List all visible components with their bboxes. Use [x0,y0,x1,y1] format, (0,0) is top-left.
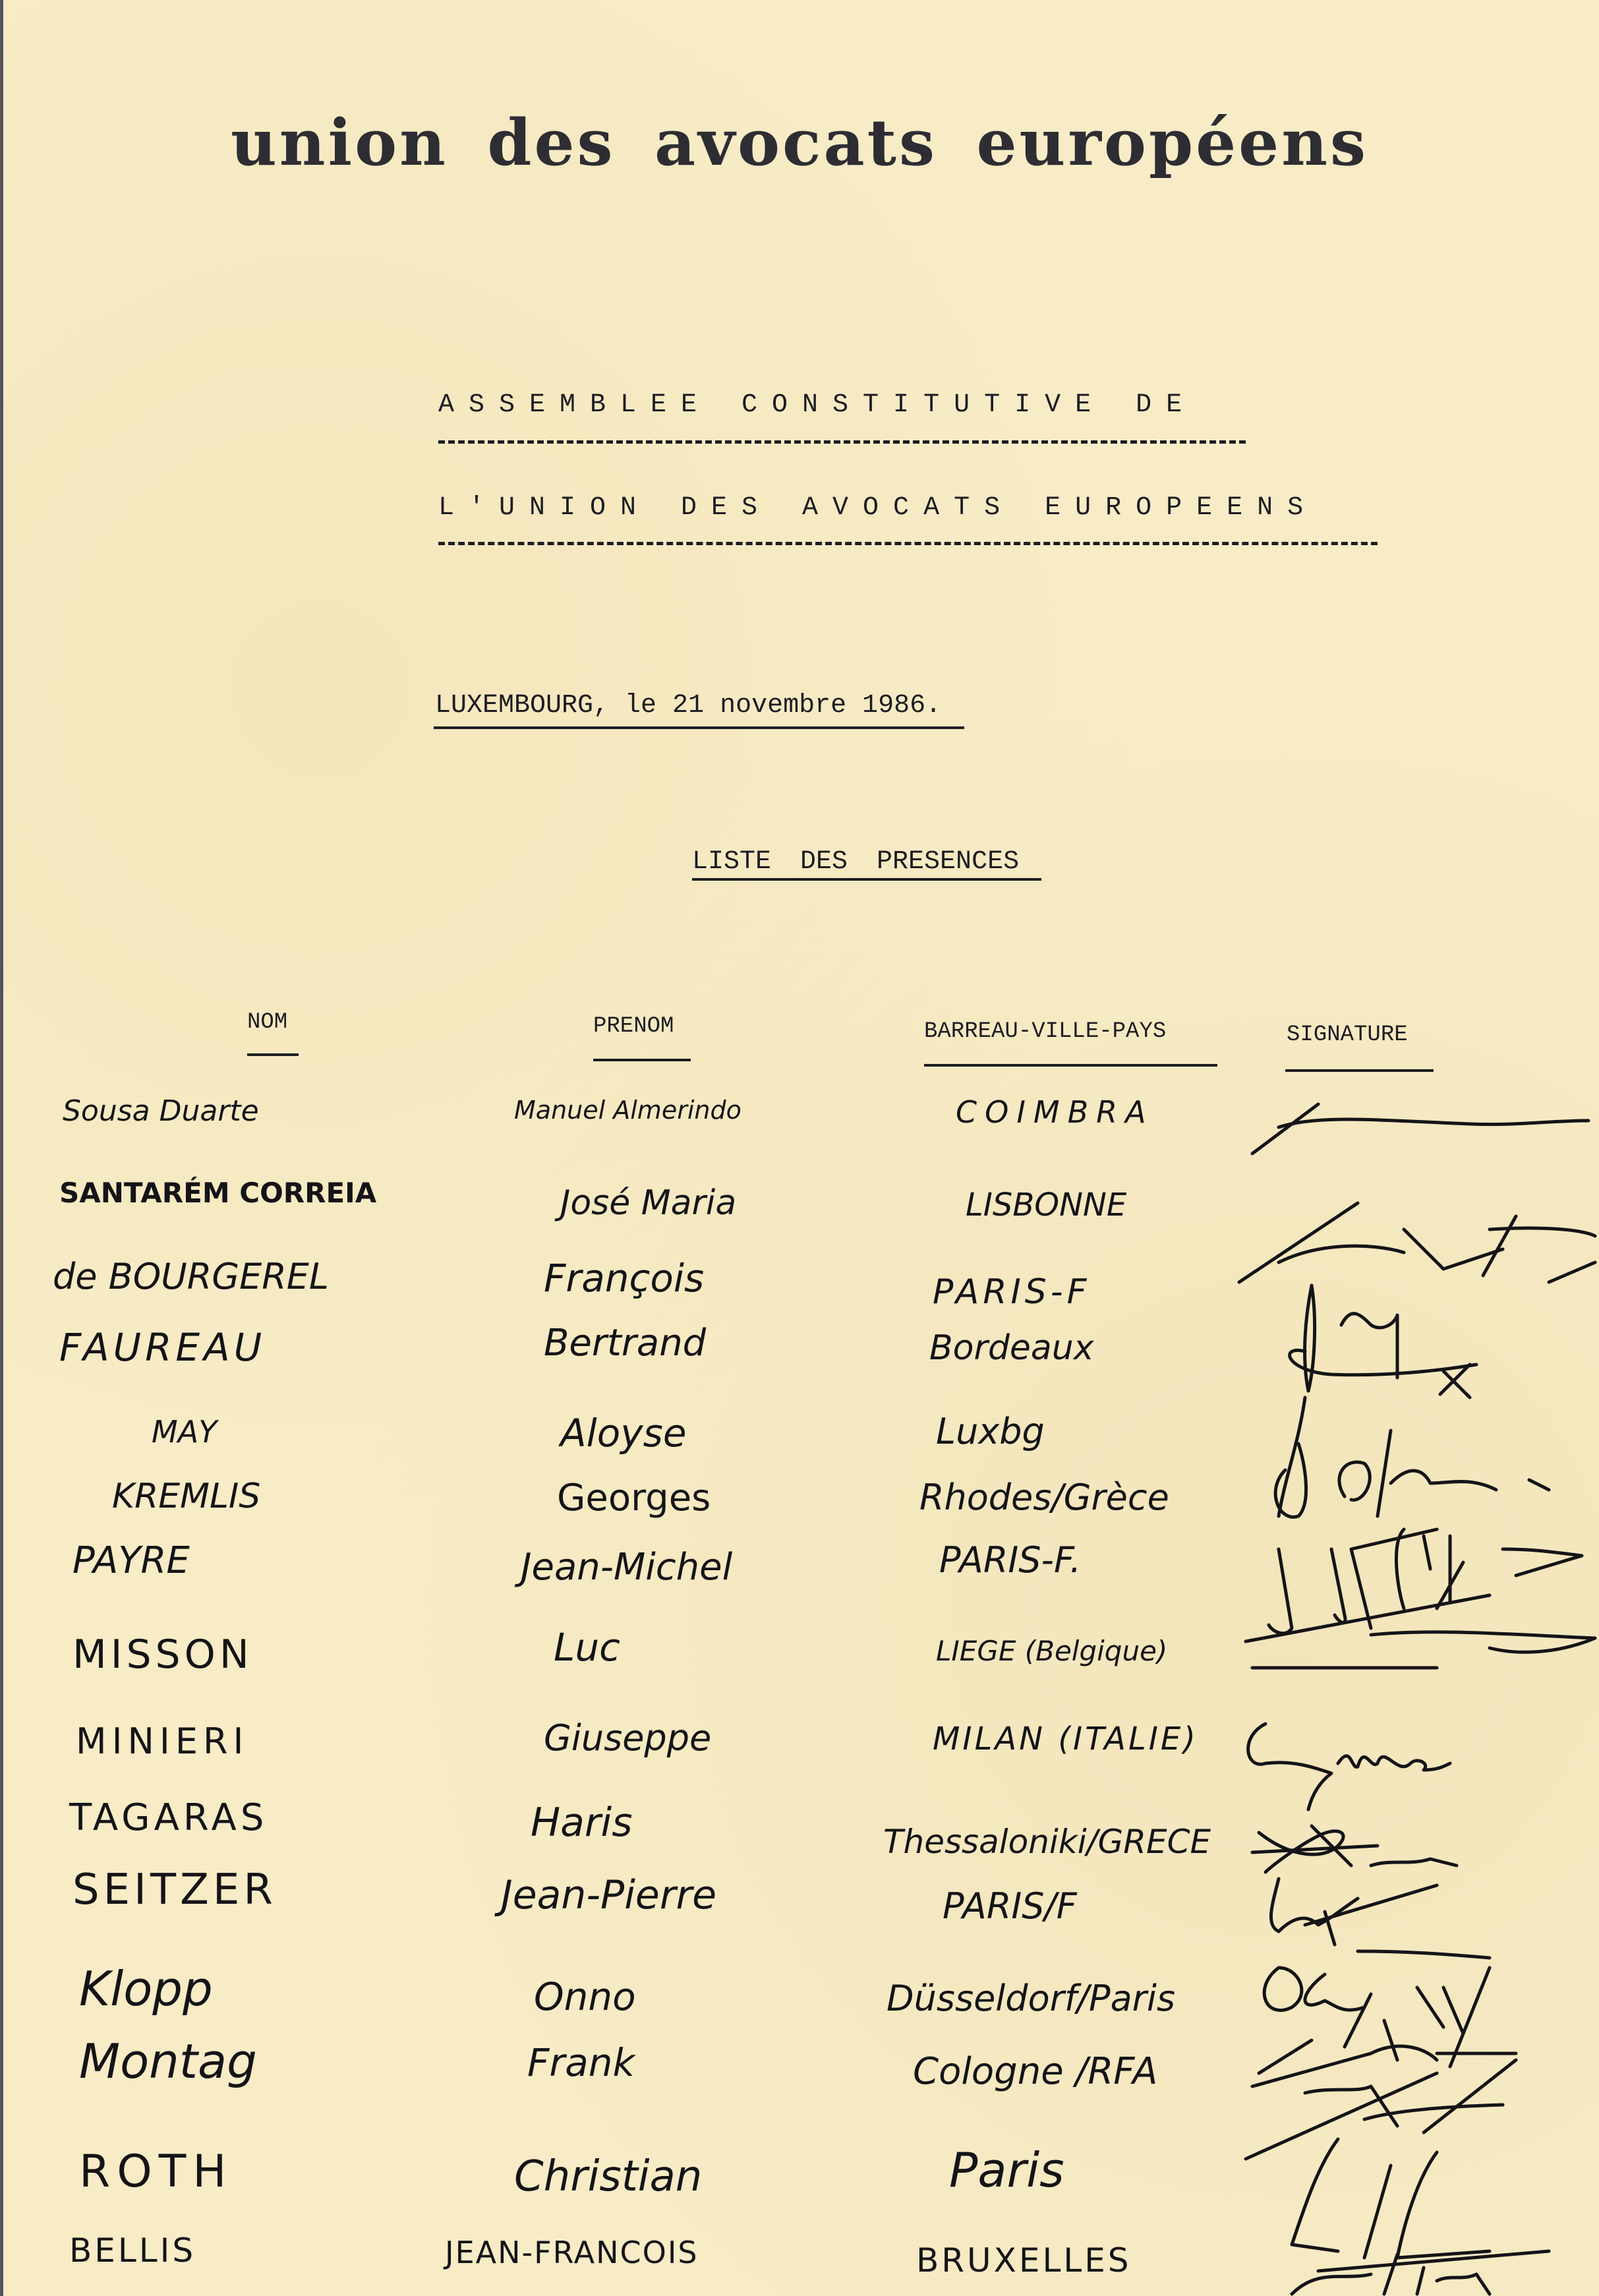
attendee-nom: MISSON [73,1632,253,1678]
signature-mark [1239,1872,1595,1964]
attendee-nom: Sousa Duarte [63,1094,259,1128]
attendee-prenom: François [544,1256,704,1301]
signature-mark [1239,1717,1595,1810]
column-header-nom-underline [247,1053,299,1056]
assembly-title-line-2: L'UNION DES AVOCATS EUROPEENS [438,493,1318,523]
organization-title: union des avocats européens [231,105,1391,180]
attendee-barreau: LIEGE (Belgique) [936,1635,1167,1667]
attendee-nom: BELLIS [69,2231,196,2270]
attendee-barreau: PARIS/F [943,1885,1077,1927]
signature-mark [1239,1190,1595,1282]
column-header-prenom-underline [593,1059,691,1061]
attendee-prenom: Luc [554,1625,620,1670]
attendee-prenom: Giuseppe [544,1717,711,1759]
attendee-barreau: PARIS-F [933,1272,1091,1312]
attendee-nom: Klopp [79,1961,213,2016]
column-header-prenom: PRENOM [593,1014,674,1039]
attendee-prenom: Georges [557,1477,711,1519]
attendee-prenom: Manuel Almerindo [514,1096,741,1125]
signature-mark [1239,1279,1595,1398]
title-underline-2 [438,542,1378,545]
attendee-prenom: Christian [514,2152,702,2201]
attendee-barreau: BRUXELLES [916,2241,1132,2280]
attendee-barreau: PARIS-F. [939,1539,1081,1581]
attendee-nom: MAY [152,1414,217,1450]
column-header-barreau: BARREAU-VILLE-PAYS [924,1019,1166,1044]
attendee-nom: PAYRE [73,1539,190,1582]
attendee-nom: FAUREAU [59,1325,266,1370]
attendee-nom: SANTARÉM CORREIA [59,1177,376,1209]
attendee-barreau: COIMBRA [956,1094,1154,1130]
column-header-signature-underline [1285,1069,1434,1072]
signature-mark [1239,2228,1595,2296]
attendee-nom: SEITZER [73,1866,277,1914]
attendee-prenom: JEAN-FRANCOIS [445,2235,699,2270]
signature-mark [1239,1088,1595,1167]
assembly-title-line-1: ASSEMBLEE CONSTITUTIVE DE [438,390,1196,420]
attendee-prenom: Bertrand [544,1322,706,1365]
attendee-barreau: LISBONNE [966,1187,1126,1223]
attendee-prenom: José Maria [560,1183,736,1223]
attendee-barreau: Cologne /RFA [913,2050,1158,2093]
column-header-nom: NOM [247,1010,287,1035]
attendee-nom: Montag [79,2034,257,2089]
attendee-barreau: Bordeaux [929,1328,1093,1368]
title-underline-1 [438,440,1246,444]
attendee-nom: ROTH [79,2146,233,2198]
attendee-barreau: Düsseldorf/Paris [887,1978,1175,2019]
attendee-prenom: Jean-Michel [521,1546,732,1589]
list-title-underline [692,878,1041,881]
attendee-barreau: Rhodes/Grèce [919,1477,1169,1518]
dateline: LUXEMBOURG, le 21 novembre 1986. [435,691,941,721]
attendee-barreau: Paris [949,2142,1064,2198]
attendee-nom: KREMLIS [112,1477,260,1516]
dateline-underline [434,726,964,729]
column-header-signature: SIGNATURE [1287,1022,1408,1047]
page-edge [0,0,3,2296]
attendee-prenom: Frank [527,2040,635,2085]
signature-mark [1239,1391,1595,1523]
attendee-barreau: MILAN (ITALIE) [933,1721,1198,1757]
signature-mark [1239,1523,1595,1681]
attendee-nom: MINIERI [76,1721,248,1762]
attendee-barreau: Thessaloniki/GRECE [883,1823,1211,1861]
list-title: LISTE DES PRESENCES [692,847,1019,877]
attendee-prenom: Haris [531,1800,632,1846]
attendee-nom: de BOURGEREL [53,1256,329,1297]
attendee-prenom: Jean-Pierre [501,1872,716,1918]
attendee-prenom: Onno [534,1974,636,2019]
attendee-prenom: Aloyse [560,1411,687,1456]
attendee-barreau: Luxbg [936,1411,1045,1452]
column-header-barreau-underline [924,1064,1217,1067]
attendee-nom: TAGARAS [69,1796,268,1839]
